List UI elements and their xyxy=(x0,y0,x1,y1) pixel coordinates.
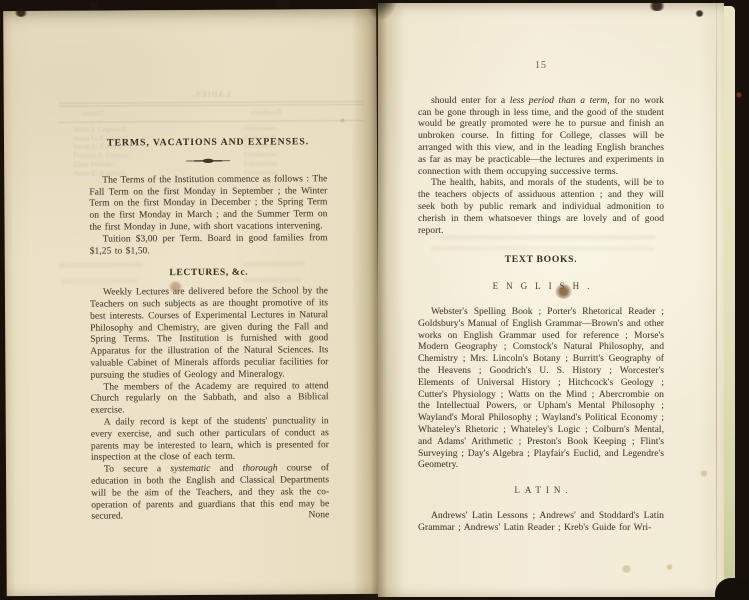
right-page: 15 should enter for a less period than a… xyxy=(378,3,724,597)
para-lectures: Weekly Lectures are delivered before the… xyxy=(90,286,329,382)
para-health: The health, habits, and morals of the st… xyxy=(418,178,664,237)
divider-ornament xyxy=(186,157,230,165)
para-english-books: Webster's Spelling Book ; Porter's Rheto… xyxy=(418,307,664,472)
stain xyxy=(88,2,99,10)
section-heading-lectures: LECTURES, &c. xyxy=(90,267,328,280)
right-page-text-column: 15 should enter for a less period than a… xyxy=(418,60,664,535)
scanned-book-spread: { "colors": { "background_black": "#1811… xyxy=(0,0,749,600)
para-terms: The Terms of the Institution commence as… xyxy=(89,174,327,234)
left-page-text-column: TERMS, VACATIONS AND EXPENSES. The Terms… xyxy=(89,136,329,524)
section-heading-text-books: TEXT BOOKS. xyxy=(418,254,664,266)
show-through-title: LADIES. xyxy=(59,90,364,101)
para-record: A daily record is kept of the students' … xyxy=(91,416,329,465)
stain xyxy=(736,92,742,98)
subheading-english: ENGLISH. xyxy=(418,281,664,293)
left-page: LADIES. Names. Residence. Mary J. Cogswe… xyxy=(3,9,380,596)
page-edge-line xyxy=(716,3,717,597)
para-latin-books: Andrews' Latin Lessons ; Andrews' and St… xyxy=(418,511,664,535)
section-heading-terms: TERMS, VACATIONS AND EXPENSES. xyxy=(89,136,327,149)
para-church: The members of the Academy are required … xyxy=(90,381,328,418)
stain xyxy=(272,0,294,8)
page-number: 15 xyxy=(418,60,664,72)
show-through-rule xyxy=(59,104,364,107)
show-through-header-row: Names. Residence. xyxy=(59,108,364,120)
para-tuition: Tuition $3,00 per Term. Board in good fa… xyxy=(90,233,328,258)
para-secure: To secure a systematic and thorough cour… xyxy=(91,463,329,523)
subheading-latin: LATIN. xyxy=(418,485,664,497)
show-through-rule xyxy=(59,120,364,123)
para-enter: should enter for a less period than a te… xyxy=(418,96,664,179)
scan-corner xyxy=(715,578,749,600)
